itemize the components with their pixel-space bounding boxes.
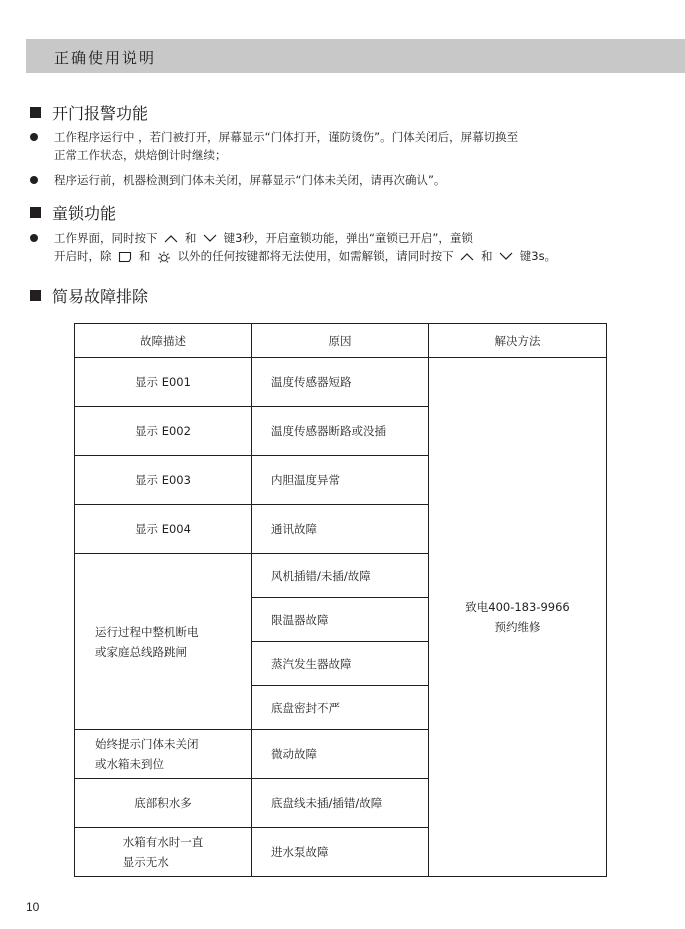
section-title-door-alarm: 开门报警功能 [30, 101, 148, 124]
section-title-child-lock: 童锁功能 [30, 201, 116, 224]
screen-icon [118, 251, 132, 263]
cell-description: 显示 E003 [75, 456, 252, 505]
cell-description: 运行过程中整机断电 或家庭总线路跳闸 [75, 554, 252, 730]
column-header-description: 故障描述 [75, 324, 252, 358]
bullet-dot-icon [30, 133, 38, 141]
bullet-item: 工作界面，同时按下 和 键3秒，开启童锁功能，弹出“童锁已开启”，童锁 开启时，… [30, 229, 556, 265]
bullet-item: 工作程序运行中 ，若门被打开，屏幕显示“门体打开，谨防烫伤”。门体关闭后，屏幕切… [30, 128, 518, 164]
bullet-text: 工作程序运行中 ，若门被打开，屏幕显示“门体打开，谨防烫伤”。门体关闭后，屏幕切… [54, 128, 518, 146]
cell-description: 显示 E001 [75, 358, 252, 407]
section-heading: 简易故障排除 [52, 284, 148, 307]
chevron-down-icon [203, 234, 217, 243]
cell-cause: 温度传感器断路或没插 [252, 407, 429, 456]
column-header-cause: 原因 [252, 324, 429, 358]
bullet-text: 工作界面，同时按下 和 键3秒，开启童锁功能，弹出“童锁已开启”，童锁 [54, 229, 556, 247]
cell-description: 显示 E004 [75, 505, 252, 554]
cell-cause: 通讯故障 [252, 505, 429, 554]
cell-description: 显示 E002 [75, 407, 252, 456]
solution-phone: 致电400-183-9966 [465, 600, 569, 614]
cell-cause: 蒸汽发生器故障 [252, 642, 429, 686]
cell-description: 始终提示门体未关闭 或水箱未到位 [75, 730, 252, 779]
chevron-down-icon [499, 252, 513, 261]
cell-cause: 限温器故障 [252, 598, 429, 642]
solution-text: 预约维修 [495, 620, 541, 634]
table-header-row: 故障描述 原因 解决方法 [75, 324, 607, 358]
chevron-up-icon [460, 252, 474, 261]
cell-cause: 微动故障 [252, 730, 429, 779]
section-title-troubleshooting: 简易故障排除 [30, 284, 148, 307]
cell-solution: 致电400-183-9966 预约维修 [429, 358, 607, 877]
section-heading: 童锁功能 [52, 201, 116, 224]
square-bullet-icon [30, 290, 41, 301]
square-bullet-icon [30, 107, 41, 118]
bullet-text: 正常工作状态，烘焙倒计时继续； [54, 146, 518, 164]
cell-description: 水箱有水时一直 显示无水 [75, 828, 252, 877]
bullet-dot-icon [30, 176, 38, 184]
bullet-dot-icon [30, 234, 38, 242]
section-heading: 开门报警功能 [52, 101, 148, 124]
troubleshooting-table: 故障描述 原因 解决方法 显示 E001 温度传感器短路 致电400-183-9… [74, 323, 607, 877]
page-title: 正确使用说明 [54, 47, 156, 68]
cell-description: 底部积水多 [75, 779, 252, 828]
bullet-item: 程序运行前，机器检测到门体未关闭，屏幕显示“门体未关闭，请再次确认”。 [30, 171, 445, 189]
cell-cause: 进水泵故障 [252, 828, 429, 877]
light-icon [157, 251, 171, 263]
page-number: 10 [26, 900, 39, 914]
bullet-text: 程序运行前，机器检测到门体未关闭，屏幕显示“门体未关闭，请再次确认”。 [54, 171, 445, 189]
cell-cause: 温度传感器短路 [252, 358, 429, 407]
column-header-solution: 解决方法 [429, 324, 607, 358]
square-bullet-icon [30, 207, 41, 218]
table-row: 显示 E001 温度传感器短路 致电400-183-9966 预约维修 [75, 358, 607, 407]
chevron-up-icon [164, 234, 178, 243]
cell-cause: 风机插错/未插/故障 [252, 554, 429, 598]
header-band: 正确使用说明 [26, 39, 685, 73]
cell-cause: 内胆温度异常 [252, 456, 429, 505]
bullet-text: 开启时，除 和 以外的任何按键都将无法使用，如需解锁，请同时按下 和 键3s。 [54, 247, 556, 265]
cell-cause: 底盘线未插/插错/故障 [252, 779, 429, 828]
cell-cause: 底盘密封不严 [252, 686, 429, 730]
